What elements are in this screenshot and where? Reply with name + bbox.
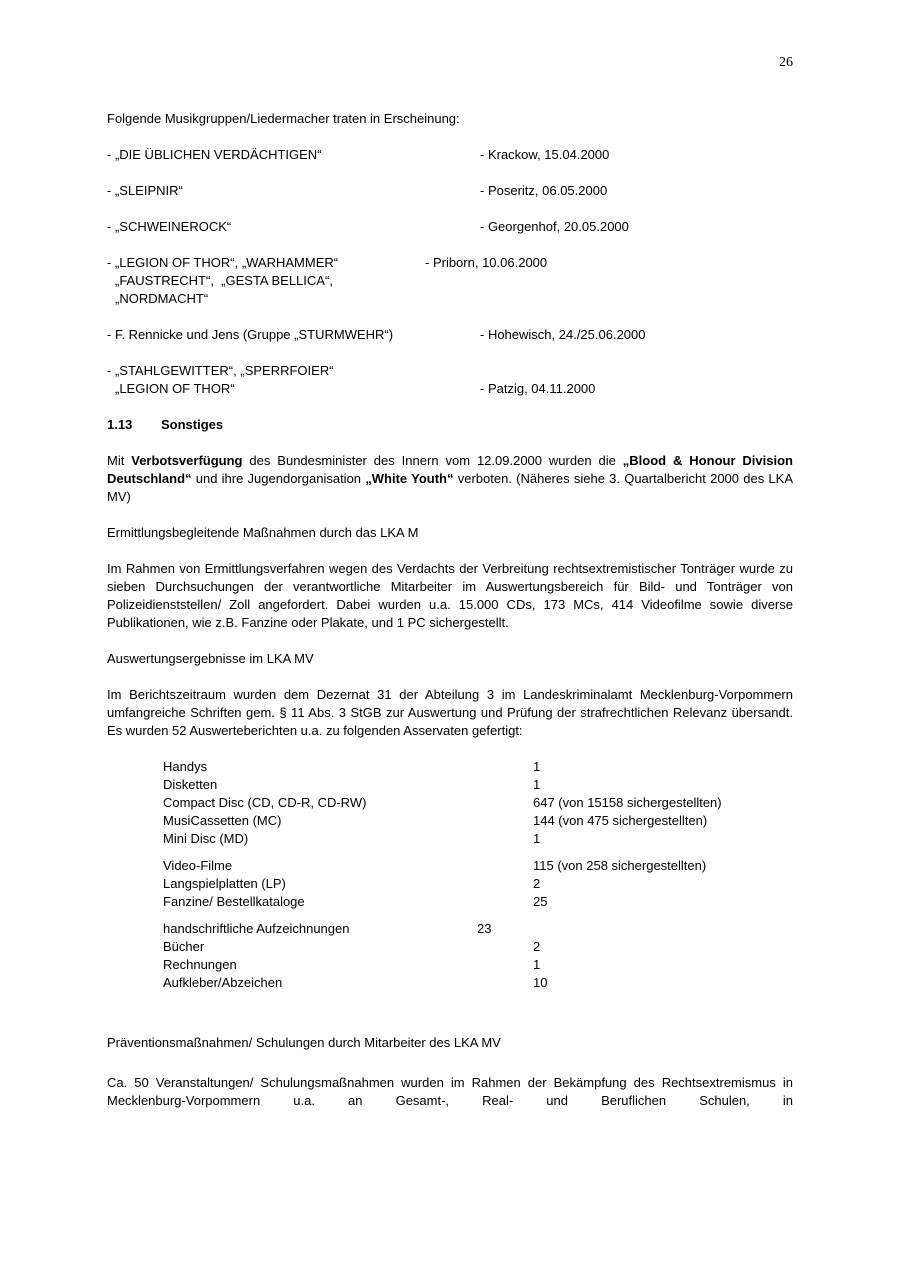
asservat-label: Compact Disc (CD, CD-R, CD-RW) bbox=[163, 794, 366, 812]
asservaten-row: MusiCassetten (MC) 144 (von 475 sicherge… bbox=[107, 812, 793, 830]
asservat-label: Rechnungen bbox=[163, 956, 237, 974]
asservaten-row: Langspielplatten (LP) 2 bbox=[107, 875, 793, 893]
asservat-label: Disketten bbox=[163, 776, 217, 794]
intro-line: Folgende Musikgruppen/Liedermacher trate… bbox=[107, 110, 793, 128]
asservat-value: 115 (von 258 sichergestellten) bbox=[533, 857, 706, 875]
asservat-value: 1 bbox=[533, 830, 540, 848]
asservat-label: Handys bbox=[163, 758, 207, 776]
asservat-label: MusiCassetten (MC) bbox=[163, 812, 281, 830]
event-date: - Poseritz, 06.05.2000 bbox=[480, 182, 607, 200]
asservaten-row: Disketten 1 bbox=[107, 776, 793, 794]
text-run: des Bundesminister des Innern vom 12.09.… bbox=[243, 453, 623, 468]
event-date: - Krackow, 15.04.2000 bbox=[480, 146, 609, 164]
event-date: - Patzig, 04.11.2000 bbox=[480, 380, 595, 398]
section-heading: 1.13Sonstiges bbox=[107, 416, 793, 434]
event-date: - Priborn, 10.06.2000 bbox=[425, 254, 547, 272]
asservat-label: Langspielplatten (LP) bbox=[163, 875, 286, 893]
event-row: - F. Rennicke und Jens (Gruppe „STURMWEH… bbox=[107, 326, 793, 344]
asservaten-row: Aufkleber/Abzeichen 10 bbox=[107, 974, 793, 992]
text-run: Mit bbox=[107, 453, 131, 468]
paragraph-durchsuchungen: Im Rahmen von Ermittlungsverfahren wegen… bbox=[107, 560, 793, 632]
asservaten-group: Handys 1 Disketten 1 Compact Disc (CD, C… bbox=[107, 758, 793, 848]
band-name: „LEGION OF THOR“ bbox=[115, 380, 793, 398]
subhead-auswertung: Auswertungsergebnisse im LKA MV bbox=[107, 650, 793, 668]
section-number: 1.13 bbox=[107, 416, 161, 434]
asservat-value: 1 bbox=[533, 758, 540, 776]
subhead-ermittlungen: Ermittlungsbegleitende Maßnahmen durch d… bbox=[107, 524, 793, 542]
section-title: Sonstiges bbox=[161, 417, 223, 432]
asservat-label: Bücher bbox=[163, 938, 204, 956]
event-date: - Hohewisch, 24./25.06.2000 bbox=[480, 326, 646, 344]
asservaten-row: Bücher 2 bbox=[107, 938, 793, 956]
asservaten-row: Mini Disc (MD) 1 bbox=[107, 830, 793, 848]
band-name: - F. Rennicke und Jens (Gruppe „STURMWEH… bbox=[107, 326, 793, 344]
page-content: Folgende Musikgruppen/Liedermacher trate… bbox=[107, 110, 793, 1128]
band-name: „NORDMACHT“ bbox=[115, 290, 793, 308]
asservaten-row: Fanzine/ Bestellkataloge 25 bbox=[107, 893, 793, 911]
event-row: - „STAHLGEWITTER“, „SPERRFOIER“ „LEGION … bbox=[107, 362, 793, 398]
asservaten-row: Compact Disc (CD, CD-R, CD-RW) 647 (von … bbox=[107, 794, 793, 812]
band-name: - „STAHLGEWITTER“, „SPERRFOIER“ bbox=[107, 362, 793, 380]
paragraph-veranstaltungen: Ca. 50 Veranstaltungen/ Schulungsmaßnahm… bbox=[107, 1074, 793, 1110]
event-row: - „SLEIPNIR“ - Poseritz, 06.05.2000 bbox=[107, 182, 793, 200]
event-row: - „SCHWEINEROCK“ - Georgenhof, 20.05.200… bbox=[107, 218, 793, 236]
asservaten-list: Handys 1 Disketten 1 Compact Disc (CD, C… bbox=[107, 758, 793, 992]
asservat-label: Aufkleber/Abzeichen bbox=[163, 974, 282, 992]
asservat-value: 1 bbox=[533, 956, 540, 974]
asservat-label: Mini Disc (MD) bbox=[163, 830, 248, 848]
asservaten-row: Rechnungen 1 bbox=[107, 956, 793, 974]
paragraph-verbot: Mit Verbotsverfügung des Bundesminister … bbox=[107, 452, 793, 506]
asservat-value: 23 bbox=[477, 920, 491, 938]
asservat-value: 25 bbox=[533, 893, 547, 911]
asservat-label: Fanzine/ Bestellkataloge bbox=[163, 893, 305, 911]
events-list: - „DIE ÜBLICHEN VERDÄCHTIGEN“ - Krackow,… bbox=[107, 146, 793, 398]
asservaten-group: Video-Filme 115 (von 258 sichergestellte… bbox=[107, 857, 793, 911]
asservat-value: 1 bbox=[533, 776, 540, 794]
event-date: - Georgenhof, 20.05.2000 bbox=[480, 218, 629, 236]
subhead-praevention: Präventionsmaßnahmen/ Schulungen durch M… bbox=[107, 1034, 793, 1052]
paragraph-berichtszeitraum: Im Berichtszeitraum wurden dem Dezernat … bbox=[107, 686, 793, 740]
event-row: - „LEGION OF THOR“, „WARHAMMER“ „FAUSTRE… bbox=[107, 254, 793, 308]
text-run-bold: Verbotsverfügung bbox=[131, 453, 242, 468]
asservaten-row: Video-Filme 115 (von 258 sichergestellte… bbox=[107, 857, 793, 875]
band-name: - „SCHWEINEROCK“ bbox=[107, 218, 793, 236]
band-name: - „DIE ÜBLICHEN VERDÄCHTIGEN“ bbox=[107, 146, 793, 164]
asservaten-group: handschriftliche Aufzeichnungen 23 Büche… bbox=[107, 920, 793, 992]
band-name: - „SLEIPNIR“ bbox=[107, 182, 793, 200]
asservat-value: 144 (von 475 sichergestellten) bbox=[533, 812, 707, 830]
asservaten-row: Handys 1 bbox=[107, 758, 793, 776]
asservat-value: 2 bbox=[533, 938, 540, 956]
asservaten-row: handschriftliche Aufzeichnungen 23 bbox=[107, 920, 793, 938]
asservat-label: handschriftliche Aufzeichnungen bbox=[163, 920, 349, 938]
asservat-value: 647 (von 15158 sichergestellten) bbox=[533, 794, 722, 812]
page-number: 26 bbox=[779, 55, 793, 71]
asservat-value: 2 bbox=[533, 875, 540, 893]
band-name: „FAUSTRECHT“, „GESTA BELLICA“, bbox=[115, 272, 793, 290]
document-page: 26 Folgende Musikgruppen/Liedermacher tr… bbox=[0, 0, 900, 1271]
text-run: und ihre Jugendorganisation bbox=[192, 471, 366, 486]
asservat-label: Video-Filme bbox=[163, 857, 232, 875]
event-row: - „DIE ÜBLICHEN VERDÄCHTIGEN“ - Krackow,… bbox=[107, 146, 793, 164]
text-run-bold: „White Youth“ bbox=[365, 471, 453, 486]
asservat-value: 10 bbox=[533, 974, 547, 992]
